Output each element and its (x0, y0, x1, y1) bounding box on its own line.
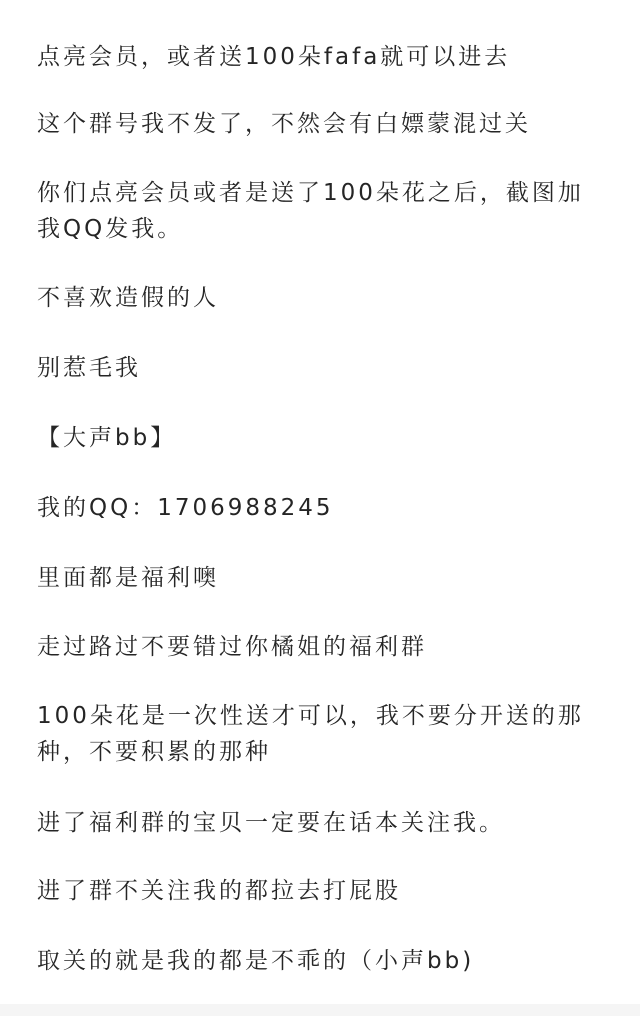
document-body: 点亮会员，或者送100朵fafa就可以进去 这个群号我不发了，不然会有白嫖蒙混过… (0, 0, 640, 1004)
paragraph-follow-request: 进了福利群的宝贝一定要在话本关注我。 (37, 805, 607, 841)
paragraph-loud-note: 【大声bb】 (37, 420, 607, 456)
paragraph-unfollow-note: 取关的就是我的都是不乖的（小声bb) (37, 943, 607, 979)
paragraph-one-time-gift: 100朵花是一次性送才可以，我不要分开送的那种，不要积累的那种 (37, 698, 607, 770)
paragraph-no-fakes: 不喜欢造假的人 (37, 280, 607, 316)
paragraph-join-condition: 点亮会员，或者送100朵fafa就可以进去 (37, 39, 607, 75)
bottom-divider-strip (0, 1004, 640, 1016)
paragraph-screenshot-instruction: 你们点亮会员或者是送了100朵花之后，截图加我QQ发我。 (37, 175, 607, 247)
paragraph-benefits: 里面都是福利噢 (37, 560, 607, 596)
paragraph-group-number-withheld: 这个群号我不发了，不然会有白嫖蒙混过关 (37, 106, 607, 142)
paragraph-follow-warning: 进了群不关注我的都拉去打屁股 (37, 873, 607, 909)
paragraph-qq-number: 我的QQ：1706988245 (37, 490, 607, 526)
paragraph-warning: 别惹毛我 (37, 350, 607, 386)
paragraph-dont-miss: 走过路过不要错过你橘姐的福利群 (37, 629, 607, 665)
